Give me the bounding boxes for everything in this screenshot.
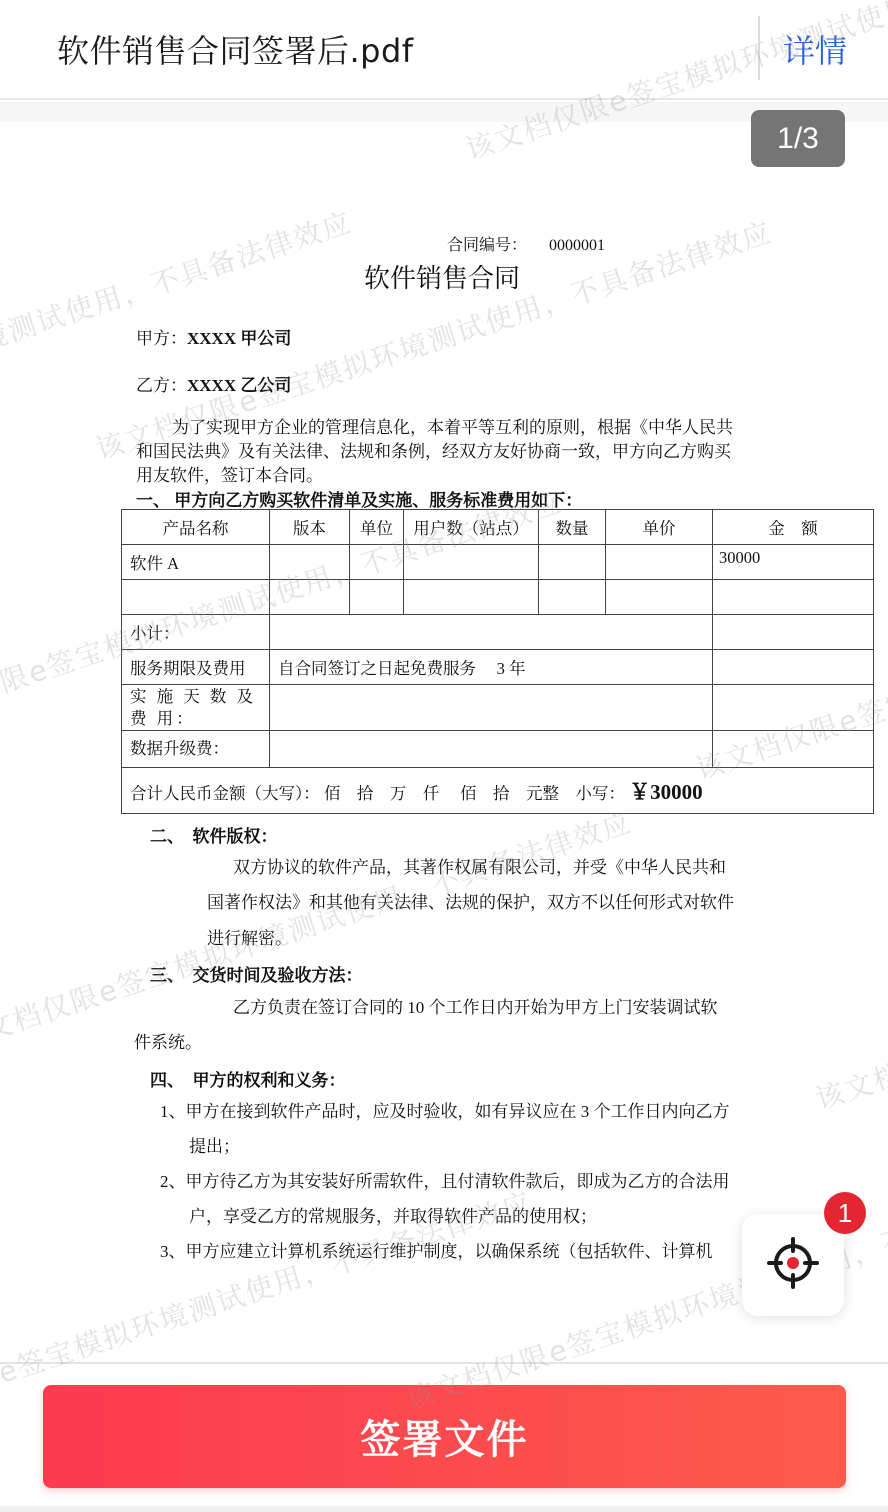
table-row: 软件 A 30000: [122, 545, 874, 580]
subtotal-row: 小计：: [122, 615, 874, 650]
details-button[interactable]: 详情: [783, 26, 847, 72]
section-2-line: 双方协议的软件产品，其著作权属有限公司，并受《中华人民共和: [233, 855, 726, 881]
subtotal-amount: [713, 615, 874, 650]
table-header: 单位: [350, 510, 404, 545]
party-b-value: XXXX 乙公司: [187, 376, 291, 395]
footer-bar: 签署文件: [0, 1362, 888, 1512]
table-row: [122, 580, 874, 615]
intro-line: 和国民法典》及有关法律、法规和条例，经双方友好协商一致，甲方向乙方购买: [136, 439, 731, 465]
table-cell: [404, 545, 539, 580]
items-table: 产品名称 版本 单位 用户数（站点） 数量 单价 金 额 软件 A 30000: [121, 509, 874, 814]
subtotal-value: [270, 615, 713, 650]
contract-title: 软件销售合同: [364, 258, 520, 295]
contract-number-label: 合同编号：: [447, 237, 527, 254]
party-b-label: 乙方：: [136, 376, 187, 395]
document-title: 软件销售合同签署后.pdf: [57, 26, 414, 72]
party-b: 乙方：XXXX 乙公司: [136, 371, 291, 396]
table-header: 金 额: [713, 510, 874, 545]
section-4-line: 1、甲方在接到软件产品时，应及时验收，如有异议应在 3 个工作日内向乙方: [160, 1099, 730, 1125]
table-cell: [350, 545, 404, 580]
table-cell: 软件 A: [122, 545, 270, 580]
implementation-label: 实 施 天 数 及 费 用：: [122, 685, 270, 731]
table-cell: [404, 580, 539, 615]
subtotal-label: 小计：: [122, 615, 270, 650]
page-indicator: 1/3: [751, 110, 845, 167]
service-row: 服务期限及费用 自合同签订之日起免费服务 3 年: [122, 650, 874, 685]
crosshair-icon: [766, 1236, 820, 1294]
section-2-title: 二、 软件版权：: [150, 822, 278, 847]
contract-number: 合同编号：0000001: [447, 232, 605, 255]
table-cell: 30000: [713, 545, 874, 580]
table-cell: [122, 580, 270, 615]
locate-signature-button[interactable]: [742, 1214, 844, 1316]
section-4-line: 提出；: [189, 1134, 240, 1160]
table-header-row: 产品名称 版本 单位 用户数（站点） 数量 单价 金 额: [122, 510, 874, 545]
table-cell: [713, 580, 874, 615]
table-cell: [606, 545, 713, 580]
table-cell: [539, 580, 606, 615]
upgrade-value: [270, 731, 713, 768]
section-4-line: 户，享受乙方的常规服务，并取得软件产品的使用权；: [189, 1204, 597, 1230]
table-header: 用户数（站点）: [404, 510, 539, 545]
total-amount: ￥30000: [629, 780, 703, 804]
implementation-amount: [713, 685, 874, 731]
table-cell: [539, 545, 606, 580]
service-amount: [713, 650, 874, 685]
sign-document-button[interactable]: 签署文件: [43, 1385, 846, 1488]
section-3-line: 乙方负责在签订合同的 10 个工作日内开始为甲方上门安装调试软: [233, 995, 718, 1021]
section-2-line: 国著作权法》和其他有关法律、法规的保护，双方不以任何形式对软件: [207, 890, 734, 916]
table-header: 数量: [539, 510, 606, 545]
table-cell: [270, 580, 350, 615]
section-2-line: 进行解密。: [207, 926, 292, 952]
table-cell: [270, 545, 350, 580]
upgrade-amount: [713, 731, 874, 768]
upgrade-row: 数据升级费：: [122, 731, 874, 768]
section-1-title: 一、 甲方向乙方购买软件清单及实施、服务标准费用如下：: [136, 486, 582, 511]
table-header: 版本: [270, 510, 350, 545]
party-a-value: XXXX 甲公司: [187, 329, 291, 348]
intro-line: 为了实现甲方企业的管理信息化，本着平等互利的原则，根据《中华人民共: [172, 415, 733, 441]
header-divider: [758, 16, 760, 80]
section-4-line: 2、甲方待乙方为其安装好所需软件，且付清软件款后，即成为乙方的合法用: [160, 1169, 730, 1195]
table-header: 产品名称: [122, 510, 270, 545]
upgrade-label: 数据升级费：: [122, 731, 270, 768]
service-value: 自合同签订之日起免费服务 3 年: [270, 650, 713, 685]
top-header: 软件销售合同签署后.pdf 详情: [0, 0, 888, 100]
notification-badge: 1: [824, 1192, 866, 1234]
table-cell: [606, 580, 713, 615]
contract-number-value: 0000001: [549, 237, 605, 254]
footer-bottom-divider: [0, 1506, 888, 1512]
party-a-label: 甲方：: [136, 329, 187, 348]
section-3-title: 三、 交货时间及验收方法：: [150, 961, 363, 986]
section-4-line: 3、甲方应建立计算机系统运行维护制度，以确保系统（包括软件、计算机: [160, 1239, 713, 1265]
total-row: 合计人民币金额（大写）： 佰 拾 万 仟 佰 拾 元整 小写： ￥30000: [122, 768, 874, 814]
implementation-value: [270, 685, 713, 731]
section-4-title: 四、 甲方的权利和义务：: [150, 1066, 346, 1091]
table-cell: [350, 580, 404, 615]
party-a: 甲方：XXXX 甲公司: [136, 324, 291, 349]
total-label: 合计人民币金额（大写）： 佰 拾 万 仟 佰 拾 元整 小写：: [130, 784, 625, 803]
implementation-row: 实 施 天 数 及 费 用：: [122, 685, 874, 731]
section-3-line: 件系统。: [134, 1030, 202, 1056]
total-cell: 合计人民币金额（大写）： 佰 拾 万 仟 佰 拾 元整 小写： ￥30000: [122, 768, 874, 814]
table-header: 单价: [606, 510, 713, 545]
service-label: 服务期限及费用: [122, 650, 270, 685]
